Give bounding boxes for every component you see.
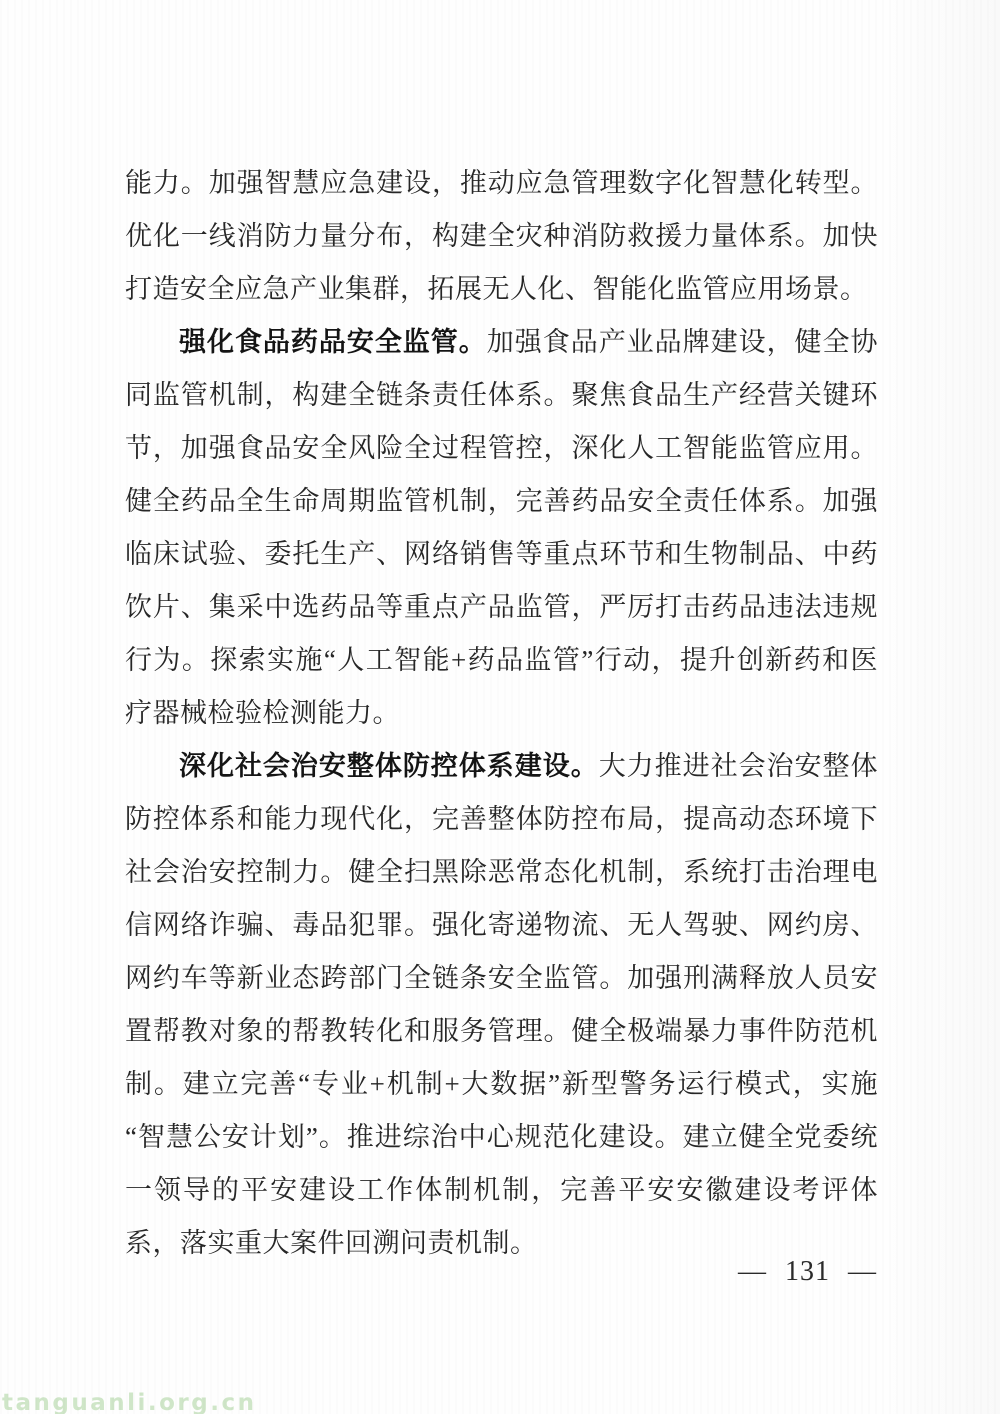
paragraph-text: 能力。加强智慧应急建设，推动应急管理数字化智慧化转型。优化一线消防力量分布，构建…: [125, 168, 878, 304]
paragraph: 强化食品药品安全监管。加强食品产业品牌建设，健全协同监管机制，构建全链条责任体系…: [125, 316, 878, 740]
paragraph: 能力。加强智慧应急建设，推动应急管理数字化智慧化转型。优化一线消防力量分布，构建…: [125, 157, 878, 316]
paragraph-lead-bold: 深化社会治安整体防控体系建设。: [179, 751, 599, 781]
paragraph: 深化社会治安整体防控体系建设。大力推进社会治安整体防控体系和能力现代化，完善整体…: [125, 740, 878, 1270]
watermark: tanguanli.org.cn: [2, 1390, 256, 1414]
paragraph-lead-bold: 强化食品药品安全监管。: [179, 327, 487, 357]
document-page: 能力。加强智慧应急建设，推动应急管理数字化智慧化转型。优化一线消防力量分布，构建…: [0, 0, 1000, 1414]
paragraph-text: 加强食品产业品牌建设，健全协同监管机制，构建全链条责任体系。聚焦食品生产经营关键…: [125, 327, 878, 728]
page-number: — 131 —: [738, 1256, 877, 1288]
document-body: 能力。加强智慧应急建设，推动应急管理数字化智慧化转型。优化一线消防力量分布，构建…: [125, 157, 878, 1270]
paragraph-text: 大力推进社会治安整体防控体系和能力现代化，完善整体防控布局，提高动态环境下社会治…: [125, 751, 878, 1258]
